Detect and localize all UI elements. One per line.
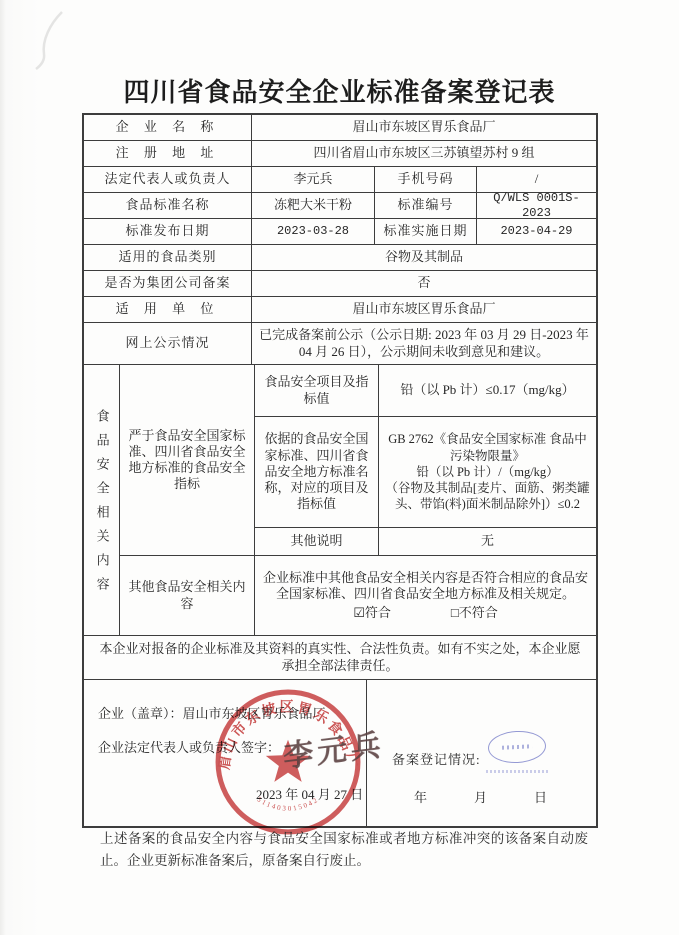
rep-sign-line: 企业法定代表人或负责人签字： xyxy=(98,740,280,756)
food-category-label: 适用的食品类别 xyxy=(84,245,252,270)
safety-other-group: 其他食品安全相关内容 企业标准中其他食品安全相关内容是否符合相应的食品安全国家标… xyxy=(120,556,596,635)
row-applicable-unit: 适 用 单 位 眉山市东坡区胃乐食品厂 xyxy=(84,297,596,323)
blue-stamp-illegible-text xyxy=(502,744,532,750)
other-content-label: 其他食品安全相关内容 xyxy=(120,556,255,635)
other-note-value: 无 xyxy=(379,528,596,555)
safety-stricter-group: 严于食品安全国家标准、四川省食品安全地方标准的食品安全指标 食品安全项目及指标值… xyxy=(120,365,596,556)
compliance-checks: ☑符合 □不符合 xyxy=(261,605,590,621)
basis-value: GB 2762《食品安全国家标准 食品中污染物限量》 铅（以 Pb 计）/（mg… xyxy=(379,417,596,527)
basis-value-line2: 铅（以 Pb 计）/（mg/kg） xyxy=(385,464,590,480)
registered-address-value: 四川省眉山市东坡区三苏镇望苏村 9 组 xyxy=(252,141,596,166)
sign-date: 2023 年 04 月 27 日 xyxy=(256,787,363,803)
basis-label: 依据的食品安全国家标准、四川省食品安全地方标准名称，对应的项目及指标值 xyxy=(255,417,379,527)
row-company-name: 企 业 名 称 眉山市东坡区胃乐食品厂 xyxy=(84,115,596,141)
applicable-unit-value: 眉山市东坡区胃乐食品厂 xyxy=(252,297,596,322)
publish-date-label: 标准发布日期 xyxy=(84,219,252,244)
subrow-other-note: 其他说明 无 xyxy=(255,528,596,555)
company-name-label: 企 业 名 称 xyxy=(84,115,252,140)
registration-status-label: 备案登记情况: xyxy=(392,752,481,768)
row-legal-rep: 法定代表人或负责人 李元兵 手机号码 / xyxy=(84,167,596,193)
declaration-row: 本企业对报备的企业标准及其资料的真实性、合法性负责。如有不实之处，本企业愿承担全… xyxy=(84,636,596,680)
row-publicity: 网上公示情况 已完成备案前公示（公示日期: 2023 年 03 月 29 日-2… xyxy=(84,323,596,365)
standard-no-label: 标准编号 xyxy=(375,193,477,218)
mobile-value: / xyxy=(477,167,596,192)
subrow-item: 食品安全项目及指标值 铅（以 Pb 计）≤0.17（mg/kg） xyxy=(255,365,596,417)
checkbox-noncompliant: □不符合 xyxy=(451,605,498,621)
registration-date-placeholder: 年 月 日 xyxy=(367,790,596,806)
basis-value-line3: （谷物及其制品[麦片、面筋、粥类罐头、带馅(料)面米制品除外]）≤0.2 xyxy=(385,480,590,513)
implement-date-label: 标准实施日期 xyxy=(375,219,477,244)
standard-name-label: 食品标准名称 xyxy=(84,193,252,218)
item-label: 食品安全项目及指标值 xyxy=(255,365,379,416)
blue-stamp-caption-line xyxy=(486,770,548,773)
publicity-value: 已完成备案前公示（公示日期: 2023 年 03 月 29 日-2023 年 0… xyxy=(252,323,596,364)
registered-address-label: 注 册 地 址 xyxy=(84,141,252,166)
stricter-label: 严于食品安全国家标准、四川省食品安全地方标准的食品安全指标 xyxy=(120,365,255,555)
company-name-value: 眉山市东坡区胃乐食品厂 xyxy=(252,115,596,140)
safety-side-label: 食品安全相关内容 xyxy=(84,365,120,635)
row-standard-name: 食品标准名称 冻粑大米干粉 标准编号 Q/WLS 0001S-2023 xyxy=(84,193,596,219)
row-food-category: 适用的食品类别 谷物及其制品 xyxy=(84,245,596,271)
scanned-form-page: 四川省食品安全企业标准备案登记表 企 业 名 称 眉山市东坡区胃乐食品厂 注 册… xyxy=(0,0,679,935)
other-content-text: 企业标准中其他食品安全相关内容是否符合相应的食品安全国家标准、四川省食品安全地方… xyxy=(261,570,590,603)
page-title: 四川省食品安全企业标准备案登记表 xyxy=(0,72,679,109)
row-dates: 标准发布日期 2023-03-28 标准实施日期 2023-04-29 xyxy=(84,219,596,245)
form-table: 企 业 名 称 眉山市东坡区胃乐食品厂 注 册 地 址 四川省眉山市东坡区三苏镇… xyxy=(82,113,598,828)
publish-date-value: 2023-03-28 xyxy=(252,219,375,244)
checkbox-compliant: ☑符合 xyxy=(353,605,391,621)
stricter-subrows: 食品安全项目及指标值 铅（以 Pb 计）≤0.17（mg/kg） 依据的食品安全… xyxy=(255,365,596,555)
legal-rep-value: 李元兵 xyxy=(252,167,375,192)
subrow-basis: 依据的食品安全国家标准、四川省食品安全地方标准名称，对应的项目及指标值 GB 2… xyxy=(255,417,596,528)
mobile-label: 手机号码 xyxy=(375,167,477,192)
implement-date-value: 2023-04-29 xyxy=(477,219,596,244)
row-group-filing: 是否为集团公司备案 否 xyxy=(84,271,596,297)
safety-main: 严于食品安全国家标准、四川省食品安全地方标准的食品安全指标 食品安全项目及指标值… xyxy=(120,365,596,635)
item-value: 铅（以 Pb 计）≤0.17（mg/kg） xyxy=(379,365,596,416)
basis-value-line1: GB 2762《食品安全国家标准 食品中污染物限量》 xyxy=(385,431,590,464)
row-registered-address: 注 册 地 址 四川省眉山市东坡区三苏镇望苏村 9 组 xyxy=(84,141,596,167)
footer-note: 上述备案的食品安全内容与食品安全国家标准或者地方标准冲突的该备案自动废止。企业更… xyxy=(100,828,588,873)
group-filing-value: 否 xyxy=(252,271,596,296)
legal-rep-label: 法定代表人或负责人 xyxy=(84,167,252,192)
applicable-unit-label: 适 用 单 位 xyxy=(84,297,252,322)
standard-no-value: Q/WLS 0001S-2023 xyxy=(477,193,596,218)
other-note-label: 其他说明 xyxy=(255,528,379,555)
other-content-value: 企业标准中其他食品安全相关内容是否符合相应的食品安全国家标准、四川省食品安全地方… xyxy=(255,556,596,635)
scan-smudge xyxy=(22,6,92,76)
safety-section: 食品安全相关内容 严于食品安全国家标准、四川省食品安全地方标准的食品安全指标 食… xyxy=(84,365,596,636)
standard-name-value: 冻粑大米干粉 xyxy=(252,193,375,218)
food-category-value: 谷物及其制品 xyxy=(252,245,596,270)
signature-right-cell: 备案登记情况: 年 月 日 xyxy=(367,680,596,826)
publicity-label: 网上公示情况 xyxy=(84,323,252,364)
company-seal-line: 企业（盖章）：眉山市东坡区胃乐食品厂 xyxy=(98,706,326,722)
group-filing-label: 是否为集团公司备案 xyxy=(84,271,252,296)
signature-left-cell: 企业（盖章）：眉山市东坡区胃乐食品厂 企业法定代表人或负责人签字： 2023 年… xyxy=(84,680,367,826)
